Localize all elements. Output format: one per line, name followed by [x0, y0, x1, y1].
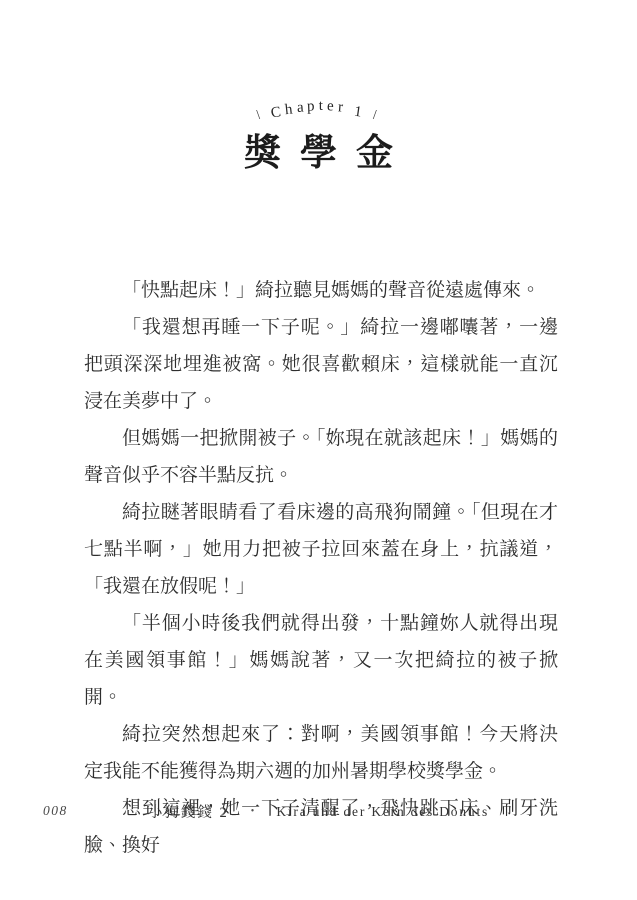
- paragraph-3: 但媽媽一把掀開被子。「妳現在就該起床！」媽媽的聲音似乎不容半點反抗。: [84, 420, 558, 494]
- running-title: 小狗錢錢 2 • Kira und der Kern des Donuts: [148, 801, 489, 822]
- separator-dot: •: [251, 806, 255, 817]
- chapter-decor-right-slash: /: [373, 109, 381, 123]
- body-text: 「快點起床！」綺拉聽見媽媽的聲音從遠處傳來。 「我還想再睡一下子呢。」綺拉一邊嘟…: [84, 272, 558, 864]
- paragraph-4: 綺拉瞇著眼睛看了看床邊的高飛狗鬧鐘。「但現在才七點半啊，」她用力把被子拉回來蓋在…: [84, 494, 558, 605]
- page-footer: 008 小狗錢錢 2 • Kira und der Kern des Donut…: [0, 801, 637, 823]
- chapter-heading: \Chapter 1/: [0, 99, 637, 114]
- chapter-title: 獎學金: [0, 134, 637, 175]
- chapter-label: Chapter 1: [271, 98, 366, 114]
- paragraph-5: 「半個小時後我們就得出發，十點鐘妳人就得出現在美國領事館！」媽媽說著，又一次把綺…: [84, 605, 558, 716]
- chapter-decor-left-slash: \: [256, 109, 264, 123]
- paragraph-1: 「快點起床！」綺拉聽見媽媽的聲音從遠處傳來。: [84, 272, 558, 309]
- book-subtitle: Kira und der Kern des Donuts: [276, 804, 489, 820]
- paragraph-2: 「我還想再睡一下子呢。」綺拉一邊嘟囔著，一邊把頭深深地埋進被窩。她很喜歡賴床，這…: [84, 309, 558, 420]
- paragraph-6: 綺拉突然想起來了：對啊，美國領事館！今天將決定我能不能獲得為期六週的加州暑期學校…: [84, 716, 558, 790]
- page-number: 008: [43, 803, 68, 819]
- book-title: 小狗錢錢 2: [148, 801, 229, 822]
- book-page: \Chapter 1/ 獎學金 「快點起床！」綺拉聽見媽媽的聲音從遠處傳來。 「…: [0, 0, 637, 900]
